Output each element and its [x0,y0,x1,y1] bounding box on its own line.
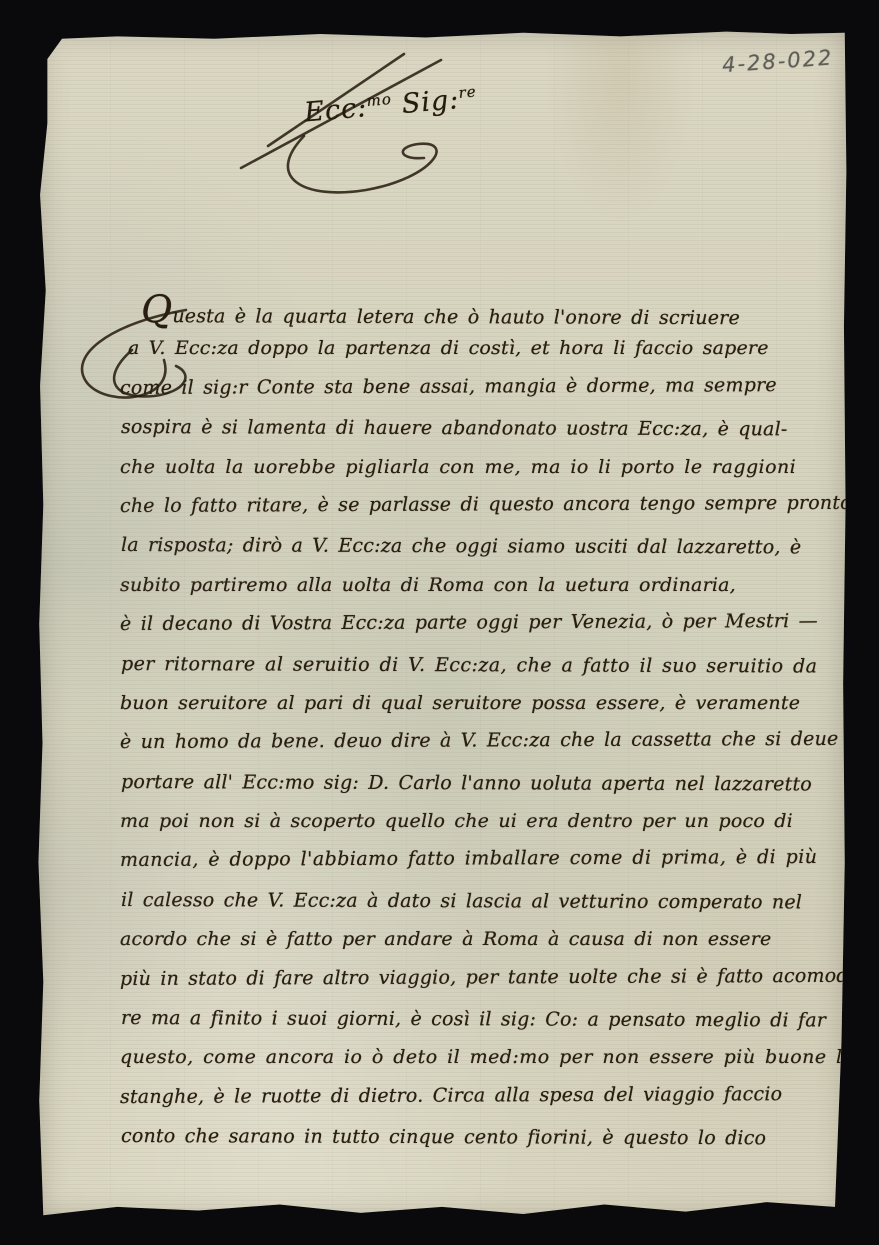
header-underloop [288,136,437,192]
letter-line-8: subito partiremo alla uolta di Roma con … [120,566,852,605]
salutation-header: Ecc:mo Sig:re [303,82,479,128]
letter-line-3: come il sig:r Conte sta bene assai, mang… [120,366,852,409]
letter-line-13: portare all' Ecc:mo sig: D. Carlo l'anno… [121,763,853,805]
manuscript-page: 4-28-022 Ecc:mo Sig:re Questa è la quart… [36,28,848,1220]
letter-line-10: per ritornare al seruitio di V. Ecc:za, … [121,645,853,687]
letter-body: Questa è la quarta letera che ò hauto l'… [120,290,852,1157]
letter-line-18: più in stato di fare altro viaggio, per … [120,956,852,999]
letter-line-2: a V. Ecc:za doppo la partenza di costì, … [120,329,852,368]
salutation-abbrev-2-superscript: re [458,82,478,102]
letter-line-20: questo, come ancora io ò deto il med:mo … [120,1038,852,1077]
letter-line-15: mancia, è doppo l'abbiamo fatto imballar… [120,838,852,881]
letter-line-16: il calesso che V. Ecc:za à dato si lasci… [121,881,853,923]
salutation-abbrev-1: Ecc: [303,92,369,128]
letter-line-5: che uolta la uorebbe pigliarla con me, m… [120,448,852,487]
letter-line-9: è il decano di Vostra Ecc:za parte oggi … [120,602,852,645]
letter-line-17: acordo che si è fatto per andare à Roma … [120,920,852,959]
letter-line-22: conto che sarano in tutto cinque cento f… [121,1117,853,1159]
photo-background: 4-28-022 Ecc:mo Sig:re Questa è la quart… [0,0,879,1245]
letter-line-12: è un homo da bene. deuo dire à V. Ecc:za… [120,720,852,763]
letter-line-6: che lo fatto ritare, è se parlasse di qu… [120,484,852,527]
catalog-number: 4-28-022 [721,43,872,77]
letter-line-19: re ma a finito i suoi giorni, è così il … [121,999,853,1041]
salutation-abbrev-1-superscript: mo [366,90,393,110]
letter-line-7: la risposta; dirò a V. Ecc:za che oggi s… [121,526,853,568]
letter-line-4: sospira è si lamenta di hauere abandonat… [121,408,853,450]
salutation-abbrev-2: Sig: [391,84,461,121]
letter-line-14: ma poi non si à scoperto quello che ui e… [120,802,852,841]
letter-line-1: Questa è la quarta letera che ò hauto l'… [121,290,853,332]
letter-line-11: buon seruitore al pari di qual seruitore… [120,684,852,723]
letter-line-21: stanghe, è le ruotte di dietro. Circa al… [120,1075,852,1118]
